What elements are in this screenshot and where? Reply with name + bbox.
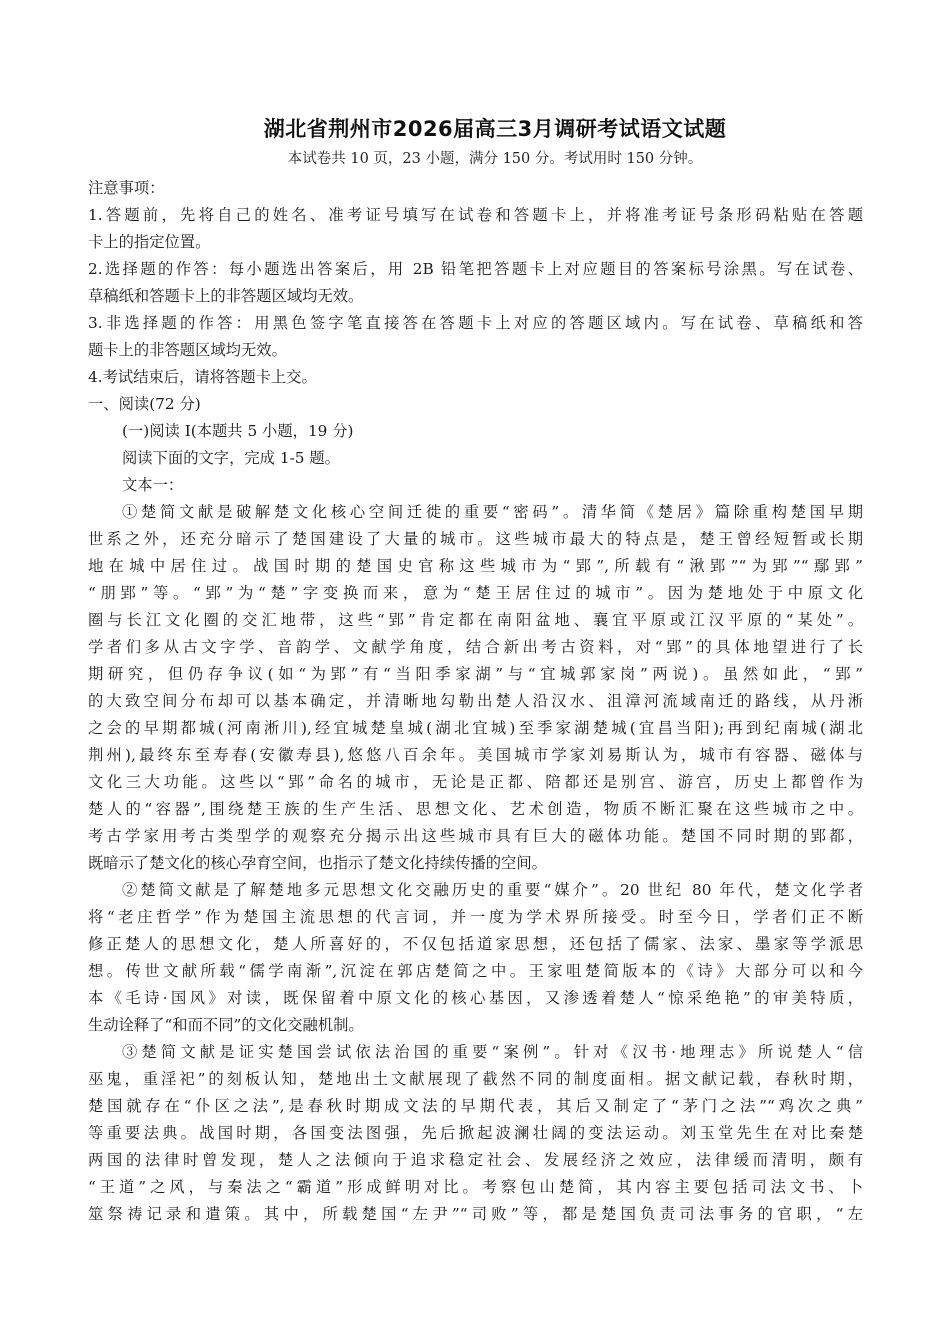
notice-item-4-line-1: 4.考试结束后，请将答题卡上交。	[88, 367, 863, 387]
notice-item-2-line-2: 草稿纸和答题卡上的非答题区域均无效。	[88, 286, 863, 306]
section-subheading: (一)阅读 I(本题共 5 小题，19 分)	[122, 421, 897, 441]
paragraph-1-line: “朋郢”等。“郢”为“楚”字变换而来，意为“楚王居住过的城市”。因为楚地处于中原…	[88, 583, 863, 603]
notice-item-3-line-1: 3.非选择题的作答：用黑色签字笔直接答在答题卡上对应的答题区域内。写在试卷、草稿…	[88, 313, 863, 333]
paragraph-1-line: 既暗示了楚文化的核心孕育空间，也指示了楚文化持续传播的空间。	[88, 853, 863, 873]
paragraph-3-line: “王道”之风，与秦法之“霸道”形成鲜明对比。考察包山楚简，其内容主要包括司法文书…	[88, 1177, 863, 1197]
paragraph-2-line: 修正楚人的思想文化，楚人所喜好的，不仅包括道家思想，还包括了儒家、法家、墨家等学…	[88, 934, 863, 954]
exam-title: 湖北省荆州市2026届高三3月调研考试语文试题	[0, 113, 950, 143]
notice-item-2-line-1: 2.选择题的作答：每小题选出答案后，用 2B 铅笔把答题卡上对应题目的答案标号涂…	[88, 259, 863, 279]
paragraph-3-line: 巫鬼，重淫祀”的刻板认知，楚地出土文献展现了截然不同的制度面相。据文献记载，春秋…	[88, 1069, 863, 1089]
paragraph-1-line: 圈与长江文化圈的交汇地带，这些“郢”肯定都在南阳盆地、襄宜平原或江汉平原的“某处…	[88, 610, 863, 630]
notice-heading: 注意事项：	[88, 178, 863, 198]
section-instruction: 阅读下面的文字，完成 1-5 题。	[122, 448, 897, 468]
exam-page: 湖北省荆州市2026届高三3月调研考试语文试题 本试卷共 10 页，23 小题，…	[0, 0, 950, 1343]
notice-item-1-line-1: 1.答题前，先将自己的姓名、准考证号填写在试卷和答题卡上，并将准考证号条形码粘贴…	[88, 205, 863, 225]
section-heading: 一、阅读(72 分)	[88, 394, 863, 414]
paragraph-1-line: 地在城中居住过。战国时期的楚国史官称这些城市为“郢”,所载有“湫郢”“为郢”“鄢…	[88, 556, 863, 576]
paragraph-1-line: ①楚简文献是破解楚文化核心空间迁徙的重要“密码”。清华简《楚居》篇除重构楚国早期	[122, 502, 863, 522]
paragraph-1-line: 世系之外，还充分暗示了楚国建设了大量的城市。这些城市最大的特点是，楚王曾经短暂或…	[88, 529, 863, 549]
paragraph-3-line: 两国的法律时曾发现，楚人之法倾向于追求稳定社会、发展经济之效应，法律缓而清明，颇…	[88, 1150, 863, 1170]
paragraph-2-line: 本《毛诗·国风》对读，既保留着中原文化的核心基因，又渗透着楚人“惊采绝艳”的审美…	[88, 988, 863, 1008]
paragraph-3-line: 等重要法典。战国时期，各国变法图强，先后掀起波澜壮阔的变法运动。刘玉堂先生在对比…	[88, 1123, 863, 1143]
text-label: 文本一：	[122, 475, 897, 495]
paragraph-2-line: 将“老庄哲学”作为楚国主流思想的代言词，并一度为学术界所接受。时至今日，学者们正…	[88, 907, 863, 927]
notice-item-1-line-2: 卡上的指定位置。	[88, 232, 863, 252]
paragraph-2-line: ②楚简文献是了解楚地多元思想文化交融历史的重要“媒介”。20 世纪 80 年代，…	[122, 880, 863, 900]
paragraph-1-line: 楚人的“容器”,围绕楚王族的生产生活、思想文化、艺术创造，物质不断汇聚在这些城市…	[88, 799, 863, 819]
paragraph-3-line: ③楚简文献是证实楚国尝试依法治国的重要“案例”。针对《汉书·地理志》所说楚人“信	[122, 1042, 863, 1062]
notice-item-3-line-2: 题卡上的非答题区域均无效。	[88, 340, 863, 360]
paragraph-1-line: 学者们多从古文字学、音韵学、文献学角度，结合新出考古资料，对“郢”的具体地望进行…	[88, 637, 863, 657]
paragraph-1-line: 之会的早期都城(河南淅川),经宜城楚皇城(湖北宜城)至季家湖楚城(宜昌当阳);再…	[88, 718, 863, 738]
paragraph-1-line: 荆州),最终东至寿春(安徽寿县),悠悠八百余年。美国城市学家刘易斯认为，城市有容…	[88, 745, 863, 765]
paragraph-1-line: 期研究，但仍存争议(如“为郢”有“当阳季家湖”与“宜城郭家岗”两说)。虽然如此，…	[88, 664, 863, 684]
paragraph-3-line: 筮祭祷记录和遣策。其中，所载楚国“左尹”“司败”等，都是楚国负责司法事务的官职，…	[88, 1204, 863, 1224]
paragraph-1-line: 考古学家用考古类型学的观察充分揭示出这些城市具有巨大的磁体功能。楚国不同时期的郢…	[88, 826, 863, 846]
exam-subtitle: 本试卷共 10 页，23 小题，满分 150 分。考试用时 150 分钟。	[0, 147, 950, 168]
paragraph-3-line: 楚国就存在“仆区之法”,是春秋时期成文法的早期代表，其后又制定了“茅门之法”“鸡…	[88, 1096, 863, 1116]
paragraph-1-line: 文化三大功能。这些以“郢”命名的城市，无论是正都、陪都还是别宫、游宫，历史上都曾…	[88, 772, 863, 792]
paragraph-1-line: 的大致空间分布却可以基本确定，并清晰地勾勒出楚人沿汉水、沮漳河流域南迁的路线，从…	[88, 691, 863, 711]
paragraph-2-line: 生动诠释了“和而不同”的文化交融机制。	[88, 1015, 863, 1035]
paragraph-2-line: 想。传世文献所载“儒学南渐”,沉淀在郭店楚简之中。王家咀楚简版本的《诗》大部分可…	[88, 961, 863, 981]
